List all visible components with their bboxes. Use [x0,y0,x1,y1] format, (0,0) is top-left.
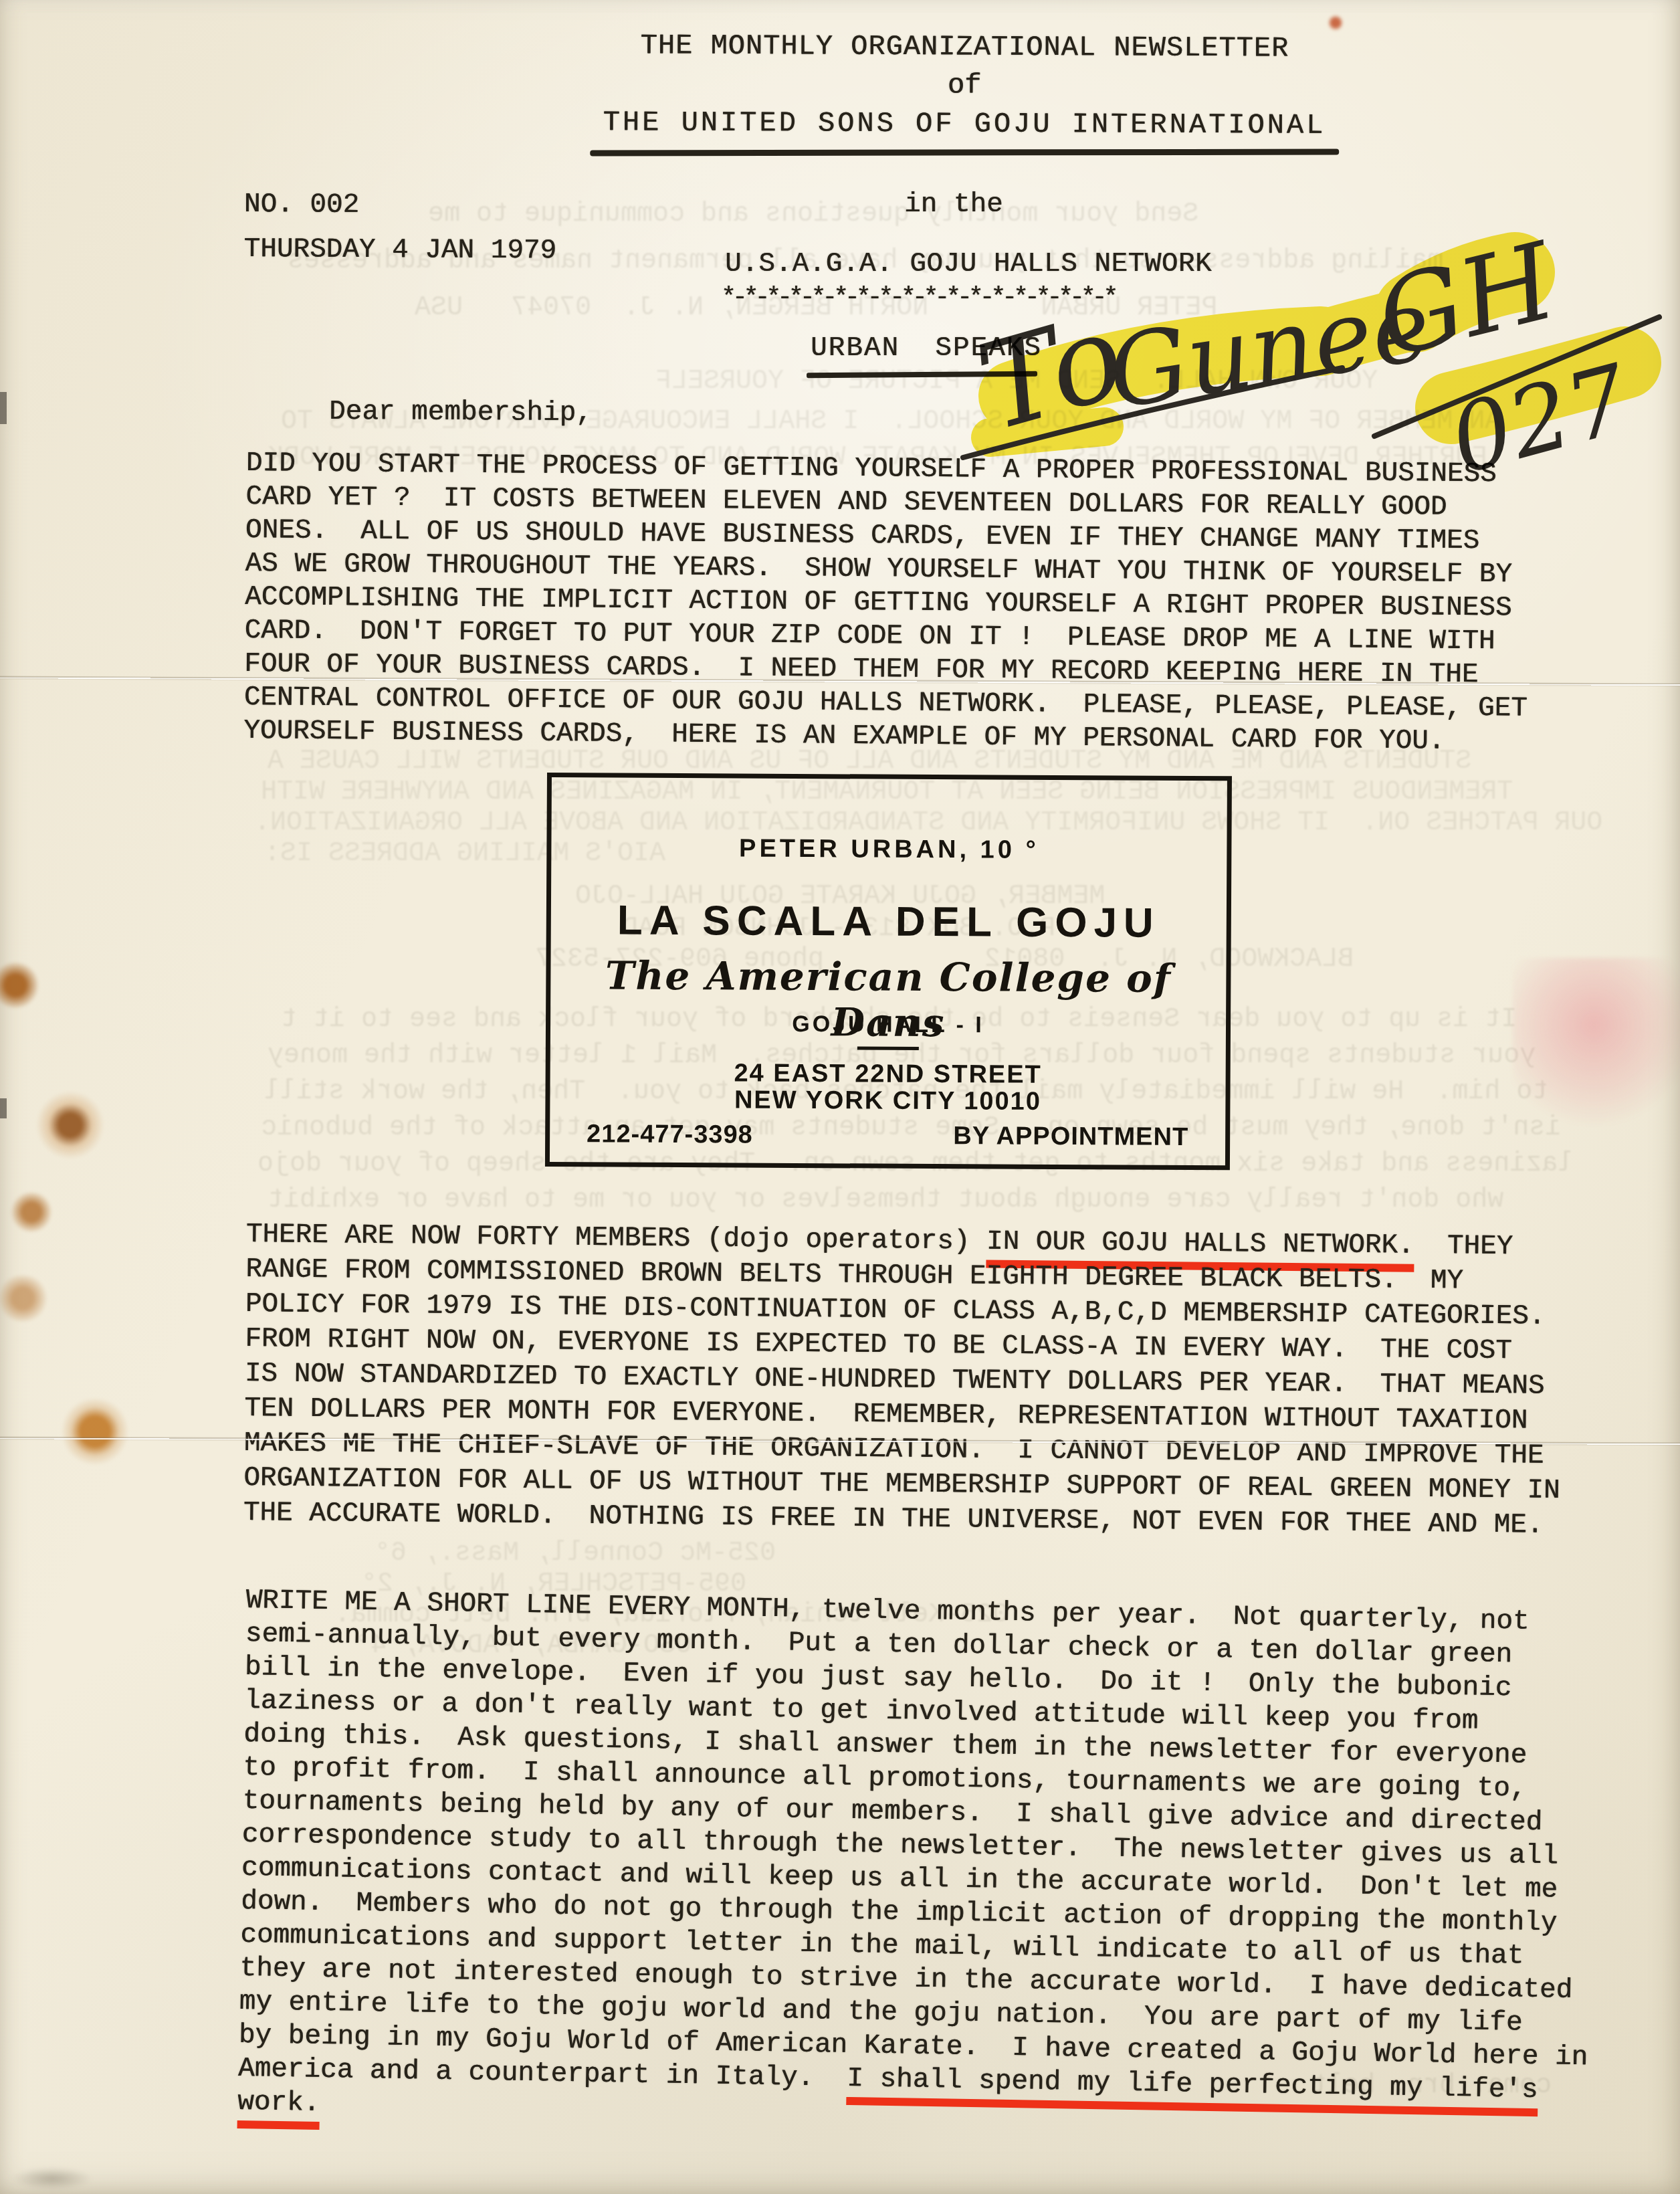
card-appointment: BY APPOINTMENT [953,1122,1188,1152]
ink-speck [1328,15,1343,31]
issue-date: THURSDAY 4 JAN 1979 [243,234,556,266]
rust-stain [9,1192,54,1232]
corner-smudge [12,2167,92,2190]
letter-paragraph: THERE ARE NOW FORTY MEMBERS (dojo operat… [243,1217,1563,1543]
card-city: NEW YORK CITY 10010 [550,1085,1225,1117]
card-school-name: LA SCALA DEL GOJU [551,896,1227,947]
masthead-underline [590,149,1339,157]
pink-smudge [1513,958,1680,1125]
header-in-the: in the [904,189,1003,220]
issue-block: NO. 002 THURSDAY 4 JAN 1979 [243,189,556,266]
card-phone: 212-477-3398 [587,1120,753,1149]
letter-paragraph: DID YOU START THE PROCESS OF GETTING YOU… [243,447,1530,759]
rust-stain [62,1397,128,1466]
rust-stain [33,1089,107,1161]
bleedthrough-text: who don't really care enough about thems… [268,1185,1503,1215]
card-name: PETER URBAN, 10 ° [551,833,1227,866]
card-hall: GOJU HALL - I [550,1010,1226,1039]
scan-edge-mark [0,1098,7,1118]
letter-paragraph: WRITE ME A SHORT LINE EVERY MONTH, twelv… [237,1584,1596,2141]
scanned-newsletter-page: Send your monthly questions and communiq… [0,0,1680,2194]
bleedthrough-text: 025-Mc Connell, Mass., 6° [375,1538,776,1569]
red-underlined-text: work. [237,2087,320,2130]
salutation: Dear membership, [329,397,593,429]
issue-number: NO. 002 [244,189,557,221]
scan-edge-mark [0,392,7,424]
masthead-line2: of [582,68,1348,103]
business-card: PETER URBAN, 10 ° LA SCALA DEL GOJU The … [545,773,1232,1170]
masthead-line3: THE UNITED SONS OF GOJU INTERNATIONAL [581,106,1347,142]
masthead-line1: THE MONTHLY ORGANIZATIONAL NEWSLETTER [582,29,1348,65]
handwritten-dedication: To Gunee GH 027 [946,235,1675,466]
masthead: THE MONTHLY ORGANIZATIONAL NEWSLETTER of… [581,29,1348,157]
card-hall-underline [857,1046,919,1050]
